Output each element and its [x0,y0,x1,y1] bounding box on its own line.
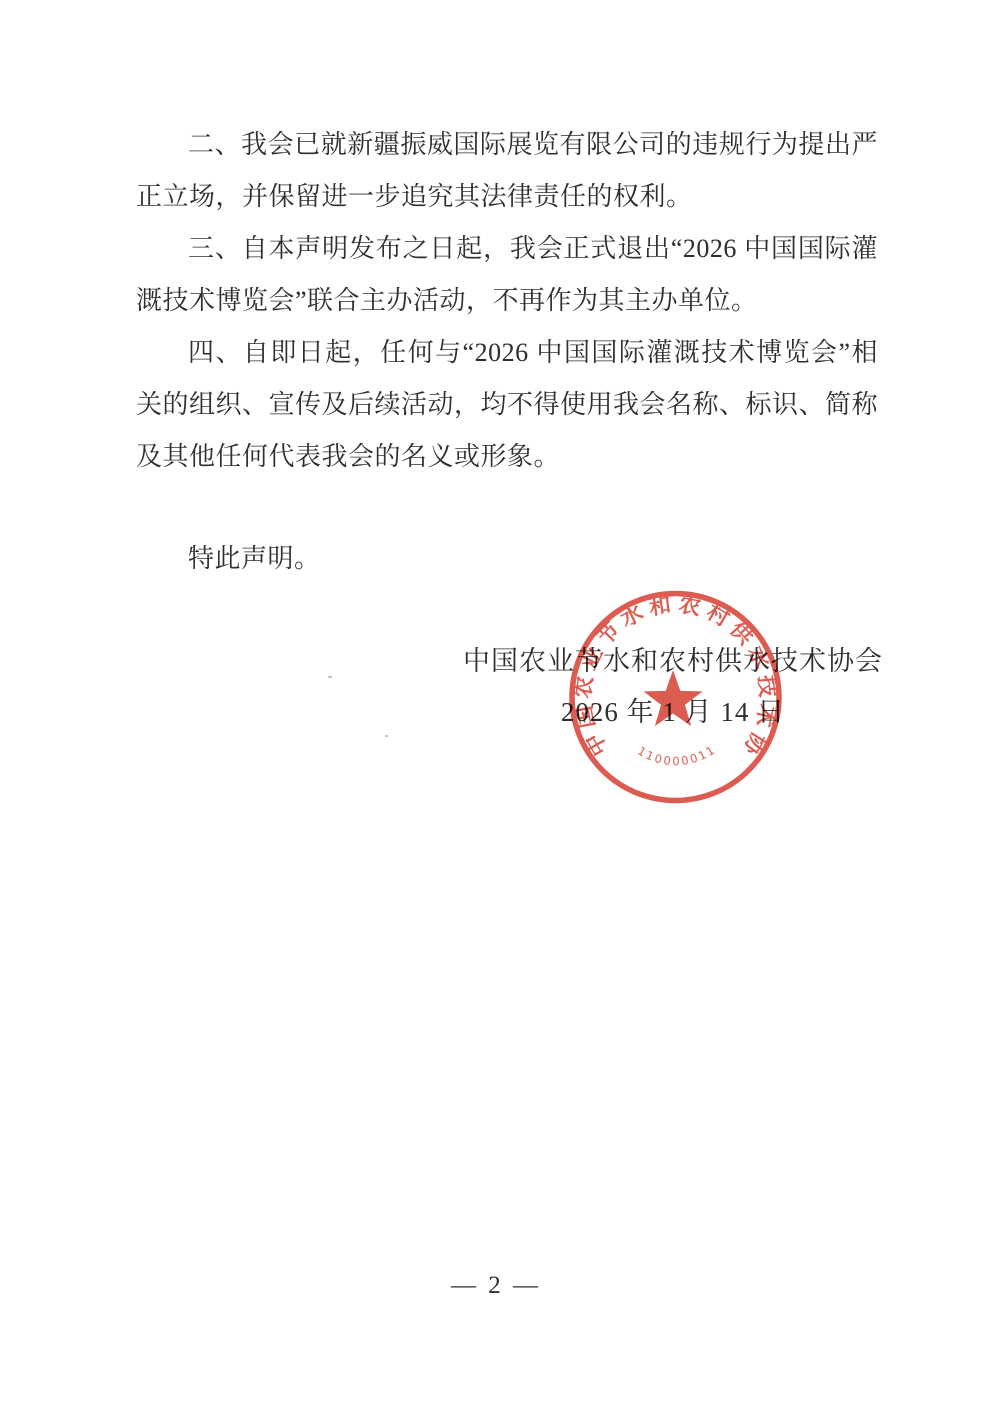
official-seal: 中国农业节水和农村供水技术协会 1100000118500 [560,583,790,813]
seal-ring-text-holder: 中国农业节水和农村供水技术协会 [560,583,781,764]
document-page: 二、我会已就新疆振威国际展览有限公司的违规行为提出严正立场，并保留进一步追究其法… [0,0,992,1403]
seal-ring-text: 中国农业节水和农村供水技术协会 [560,583,781,764]
paragraph-2: 二、我会已就新疆振威国际展览有限公司的违规行为提出严正立场，并保留进一步追究其法… [136,119,878,223]
scan-speck [328,676,332,678]
closing-statement: 特此声明。 [136,533,878,585]
seal-star-icon [644,670,703,726]
paragraph-3: 三、自本声明发布之日起，我会正式退出“2026 中国国际灌溉技术博览会”联合主办… [136,223,878,327]
page-number: — 2 — [0,1272,992,1300]
scan-speck [385,735,388,737]
paragraph-4: 四、自即日起，任何与“2026 中国国际灌溉技术博览会”相关的组织、宣传及后续活… [136,327,878,483]
body-text: 二、我会已就新疆振威国际展览有限公司的违规行为提出严正立场，并保留进一步追究其法… [136,119,878,585]
